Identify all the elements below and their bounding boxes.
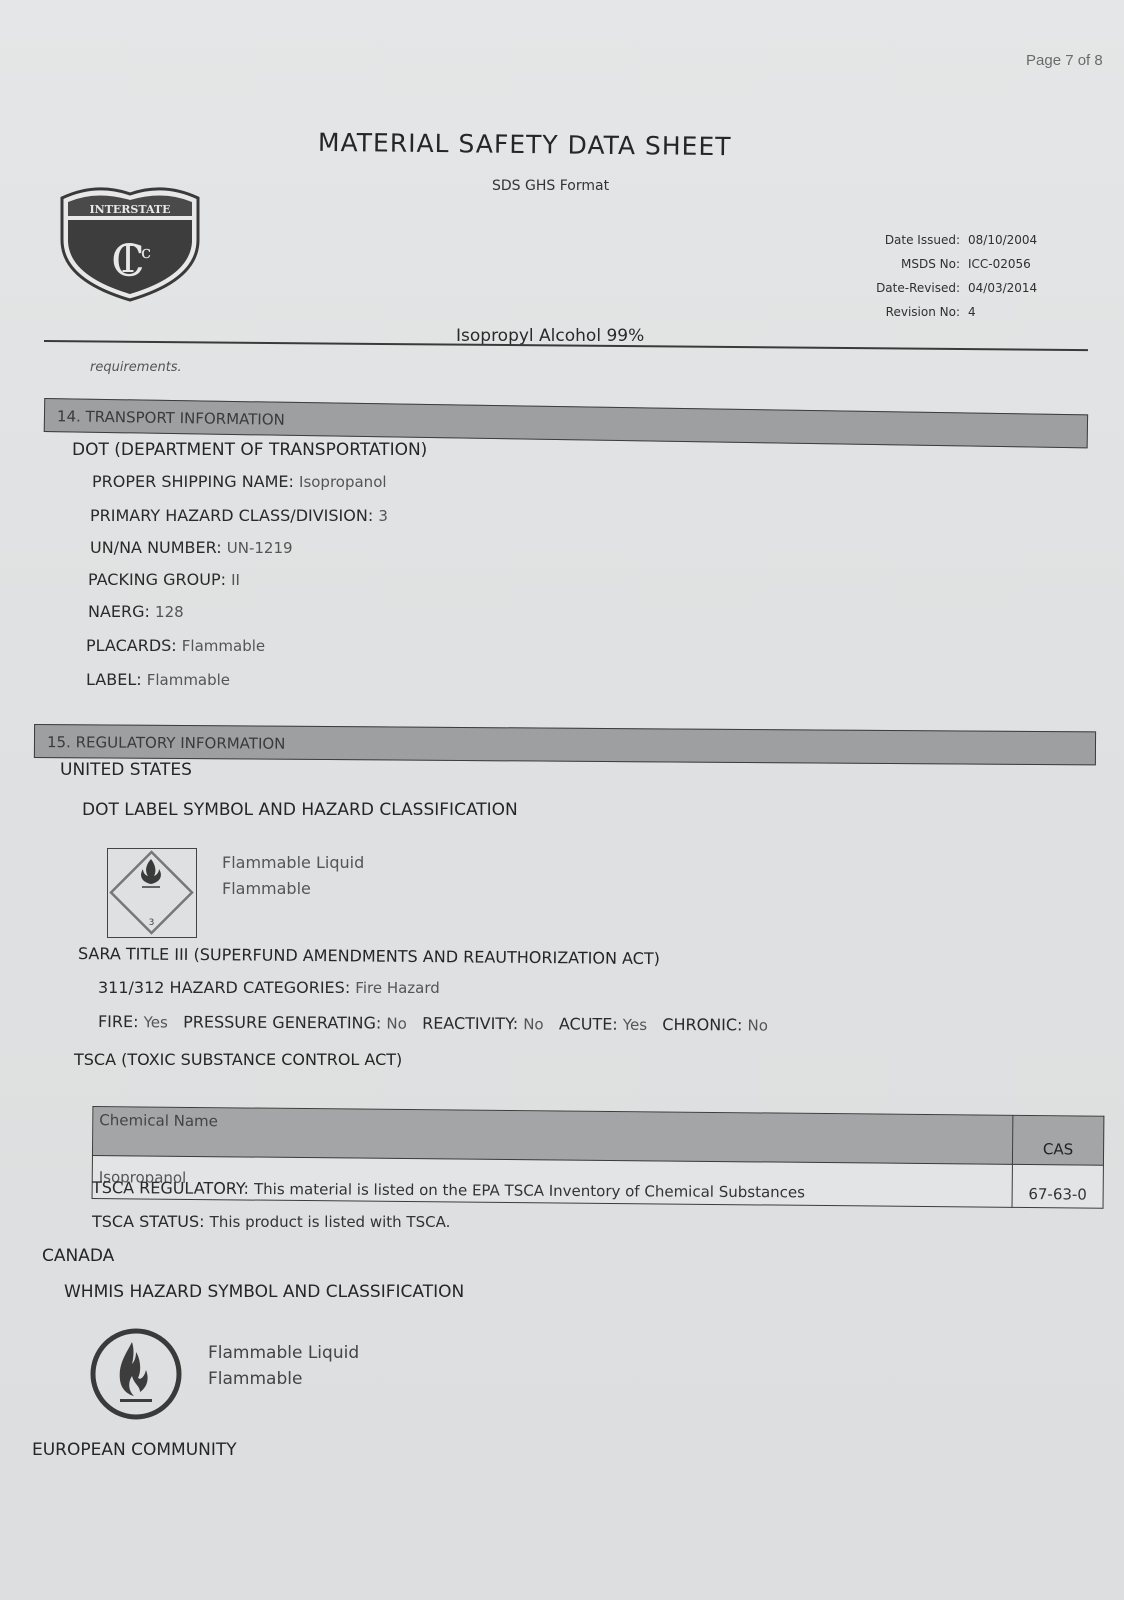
- tsca-status: TSCA STATUS: This product is listed with…: [92, 1212, 450, 1231]
- whmis-classification: Flammable Liquid Flammable: [208, 1340, 359, 1392]
- field-placards: PLACARDS: Flammable: [86, 636, 265, 655]
- whmis-heading: WHMIS HAZARD SYMBOL AND CLASSIFICATION: [64, 1282, 464, 1302]
- field-hazard-class: PRIMARY HAZARD CLASS/DIVISION: 3: [90, 506, 388, 525]
- dot-label-heading: DOT LABEL SYMBOL AND HAZARD CLASSIFICATI…: [82, 800, 518, 820]
- meta-date-revised: Date-Revised: 04/03/2014: [876, 276, 1064, 300]
- sara-heading: SARA TITLE III (SUPERFUND AMENDMENTS AND…: [78, 944, 660, 968]
- page-number: Page 7 of 8: [1026, 52, 1103, 69]
- field-label: LABEL: Flammable: [86, 670, 230, 689]
- document-subtitle: SDS GHS Format: [492, 178, 609, 194]
- company-logo: INTERSTATE C I c: [56, 180, 204, 302]
- cell-cas: 67-63-0: [1012, 1164, 1103, 1208]
- tsca-heading: TSCA (TOXIC SUBSTANCE CONTROL ACT): [74, 1050, 402, 1069]
- flag-chronic: CHRONIC: No: [662, 1015, 768, 1035]
- field-un-number: UN/NA NUMBER: UN-1219: [90, 538, 293, 557]
- flammable-diamond-icon: 3: [107, 848, 197, 938]
- flag-pressure: PRESSURE GENERATING: No: [183, 1012, 407, 1032]
- flag-fire: FIRE: Yes: [98, 1012, 168, 1031]
- hazard-categories: 311/312 HAZARD CATEGORIES: Fire Hazard: [98, 978, 440, 997]
- document-page: Page 7 of 8 MATERIAL SAFETY DATA SHEET S…: [0, 0, 1124, 1600]
- column-chemical-name: Chemical Name: [92, 1107, 1012, 1165]
- logo-text: INTERSTATE: [90, 203, 171, 216]
- carryover-text: requirements.: [90, 360, 182, 375]
- svg-text:I: I: [120, 237, 135, 281]
- dot-classification: Flammable Liquid Flammable: [222, 850, 364, 902]
- dot-heading: DOT (DEPARTMENT OF TRANSPORTATION): [72, 440, 427, 460]
- svg-text:c: c: [141, 242, 151, 263]
- svg-text:3: 3: [149, 918, 155, 928]
- document-meta: Date Issued: 08/10/2004 MSDS No: ICC-020…: [876, 228, 1064, 324]
- document-title: MATERIAL SAFETY DATA SHEET: [318, 128, 732, 161]
- meta-revision-no: Revision No: 4: [876, 300, 1064, 324]
- meta-date-issued: Date Issued: 08/10/2004: [876, 228, 1064, 252]
- flag-reactivity: REACTIVITY: No: [422, 1014, 544, 1034]
- meta-msds-no: MSDS No: ICC-02056: [876, 252, 1064, 276]
- flame-circle-icon: [88, 1326, 184, 1422]
- flag-acute: ACUTE: Yes: [559, 1014, 647, 1033]
- eu-heading: EUROPEAN COMMUNITY: [32, 1440, 237, 1460]
- field-naerg: NAERG: 128: [88, 602, 184, 621]
- column-cas: CAS: [1012, 1115, 1103, 1165]
- field-proper-shipping-name: PROPER SHIPPING NAME: Isopropanol: [92, 472, 387, 491]
- canada-heading: CANADA: [42, 1246, 114, 1266]
- us-heading: UNITED STATES: [60, 760, 192, 780]
- section-15-header: 15. REGULATORY INFORMATION: [34, 724, 1096, 765]
- hazard-flags: FIRE: Yes PRESSURE GENERATING: No REACTI…: [98, 1012, 768, 1035]
- field-packing-group: PACKING GROUP: II: [88, 570, 240, 589]
